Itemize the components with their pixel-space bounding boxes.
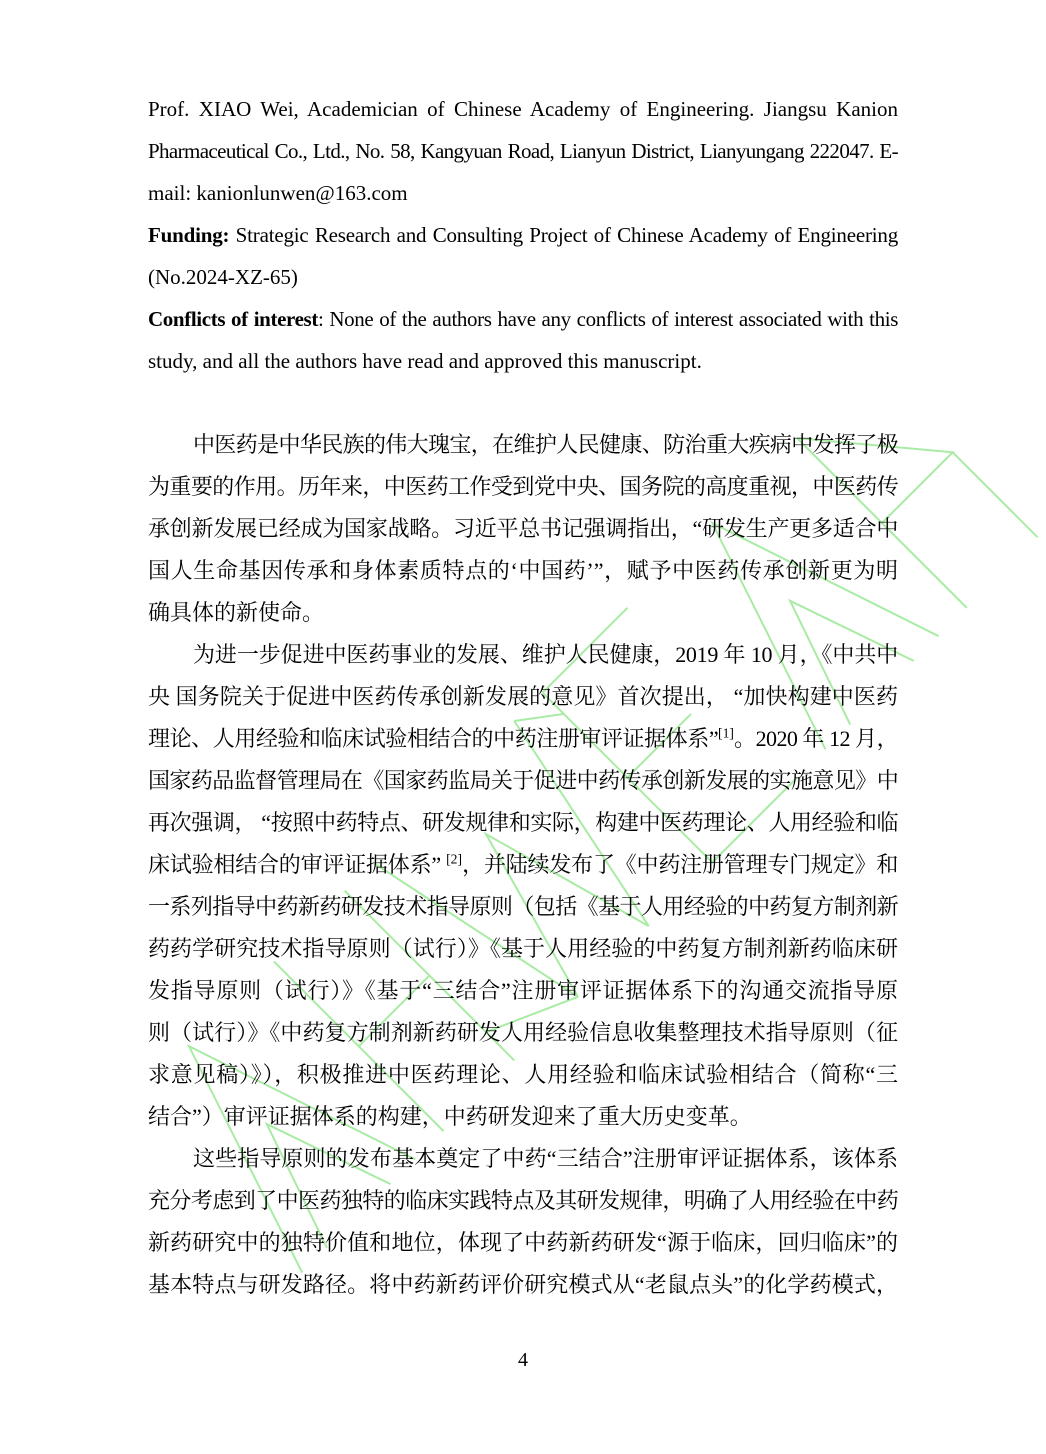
- text-line: 充分考虑到了中医药独特的临床实践特点及其研发规律，明确了人用经验在中药: [148, 1180, 898, 1222]
- text-line: 基本特点与研发路径。将中药新药评价研究模式从“老鼠点头”的化学药模式，: [148, 1264, 898, 1306]
- blank-line: [148, 382, 898, 424]
- body-paragraph-impact: 这些指导原则的发布基本奠定了中药“三结合”注册审评证据体系，该体系充分考虑到了中…: [148, 1138, 898, 1306]
- text-line: Conflicts of interest: None of the autho…: [148, 298, 898, 340]
- document-page: Prof. XIAO Wei, Academician of Chinese A…: [148, 88, 898, 1306]
- text-line: 中医药是中华民族的伟大瑰宝，在维护人民健康、防治重大疾病中发挥了极: [148, 424, 898, 466]
- text-line: 确具体的新使命。: [148, 592, 898, 634]
- text-line: 结合”）审评证据体系的构建，中药研发迎来了重大历史变革。: [148, 1096, 898, 1138]
- text-line: 药药学研究技术指导原则（试行）》《基于人用经验的中药复方制剂新药临床研: [148, 928, 898, 970]
- text-line: 一系列指导中药新药研发技术指导原则（包括《基于人用经验的中药复方制剂新: [148, 886, 898, 928]
- text-line: 央 国务院关于促进中医药传承创新发展的意见》首次提出， “加快构建中医药: [148, 676, 898, 718]
- affiliation-paragraph: Prof. XIAO Wei, Academician of Chinese A…: [148, 88, 898, 214]
- text-line: (No.2024-XZ-65): [148, 256, 898, 298]
- body-paragraph-intro: 中医药是中华民族的伟大瑰宝，在维护人民健康、防治重大疾病中发挥了极为重要的作用。…: [148, 424, 898, 634]
- funding-paragraph: Funding: Strategic Research and Consulti…: [148, 214, 898, 298]
- text-line: 再次强调， “按照中药特点、研发规律和实际，构建中医药理论、人用经验和临: [148, 802, 898, 844]
- text-line: 承创新发展已经成为国家战略。习近平总书记强调指出，“研发生产更多适合中: [148, 508, 898, 550]
- text-line: mail: kanionlunwen@163.com: [148, 172, 898, 214]
- text-line: 这些指导原则的发布基本奠定了中药“三结合”注册审评证据体系，该体系: [148, 1138, 898, 1180]
- text-line: study, and all the authors have read and…: [148, 340, 898, 382]
- text-line: 床试验相结合的审评证据体系” [2]，并陆续发布了《中药注册管理专门规定》和: [148, 844, 898, 886]
- body-paragraph-policy: 为进一步促进中医药事业的发展、维护人民健康，2019 年 10 月，《中共中央 …: [148, 634, 898, 1138]
- text-line: 新药研究中的独特价值和地位，体现了中药新药研发“源于临床，回归临床”的: [148, 1222, 898, 1264]
- text-line: Prof. XIAO Wei, Academician of Chinese A…: [148, 88, 898, 130]
- text-line: 求意见稿）》），积极推进中医药理论、人用经验和临床试验相结合（简称“三: [148, 1054, 898, 1096]
- text-line: 发指导原则（试行）》《基于“三结合”注册审评证据体系下的沟通交流指导原: [148, 970, 898, 1012]
- text-line: 国人生命基因传承和身体素质特点的‘中国药’”，赋予中医药传承创新更为明: [148, 550, 898, 592]
- text-line: 为重要的作用。历年来，中医药工作受到党中央、国务院的高度重视，中医药传: [148, 466, 898, 508]
- text-line: Pharmaceutical Co., Ltd., No. 58, Kangyu…: [148, 130, 898, 172]
- page-number: 4: [0, 1348, 1046, 1372]
- conflicts-paragraph: Conflicts of interest: None of the autho…: [148, 298, 898, 382]
- text-line: Funding: Strategic Research and Consulti…: [148, 214, 898, 256]
- text-line: 为进一步促进中医药事业的发展、维护人民健康，2019 年 10 月，《中共中: [148, 634, 898, 676]
- text-line: 则（试行）》《中药复方制剂新药研发人用经验信息收集整理技术指导原则（征: [148, 1012, 898, 1054]
- text-line: 国家药品监督管理局在《国家药监局关于促进中药传承创新发展的实施意见》中: [148, 760, 898, 802]
- text-line: 理论、人用经验和临床试验相结合的中药注册审评证据体系”[1]。2020 年 12…: [148, 718, 898, 760]
